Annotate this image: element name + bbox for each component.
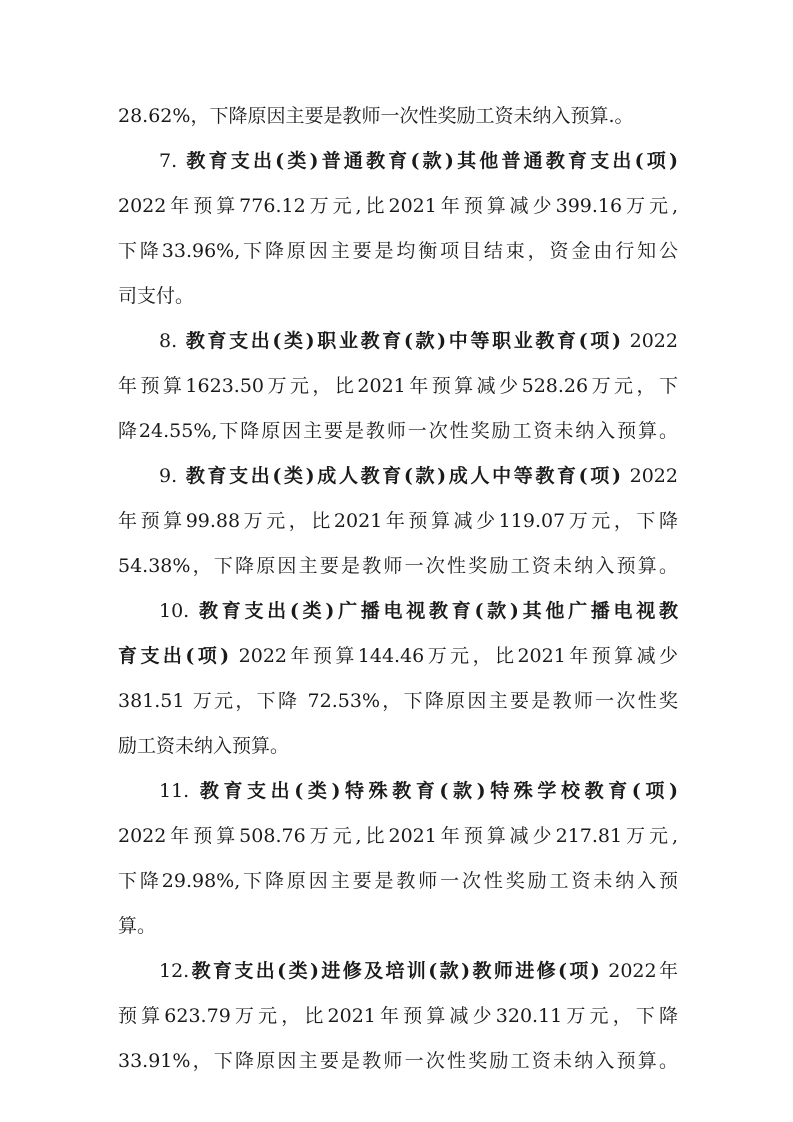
paragraph-line: 28.62%，下降原因主要是教师一次性奖励工资未纳入预算.。 (118, 101, 678, 131)
item-title-text: 教育支出(类)普通教育(款)其他普通教育支出(项) (186, 150, 678, 172)
body-text: 励工资未纳入预算。 (118, 735, 289, 757)
paragraph-line: 预算623.79万元，比2021年预算减少320.11万元，下降 (118, 1001, 678, 1031)
body-text: 54.38%，下降原因主要是教师一次性奖励工资未纳入预算。 (118, 555, 678, 577)
paragraph-line: 33.91%，下降原因主要是教师一次性奖励工资未纳入预算。 (118, 1046, 678, 1076)
item-heading-line: 10. 教育支出(类)广播电视教育(款)其他广播电视教 (159, 596, 678, 626)
body-text: 算。 (118, 915, 156, 937)
paragraph-line: 降24.55%,下降原因主要是教师一次性奖励工资未纳入预算。 (118, 416, 678, 446)
paragraph-line: 励工资未纳入预算。 (118, 731, 678, 761)
body-text: 10. (159, 600, 199, 622)
body-text: 12. (159, 960, 189, 982)
item-title-text: 教育支出(类)进修及培训(款)教师进修(项) (189, 960, 600, 982)
item-heading-line: 8. 教育支出(类)职业教育(款)中等职业教育(项) 2022 (159, 326, 678, 356)
paragraph-line: 381.51 万元，下降 72.53%，下降原因主要是教师一次性奖 (118, 686, 678, 716)
body-text: 2022 (621, 330, 678, 352)
paragraph-line: 2022年预算776.12万元,比2021年预算减少399.16万元, (118, 191, 678, 221)
item-heading-line: 12.教育支出(类)进修及培训(款)教师进修(项) 2022年 (159, 956, 678, 986)
item-heading-line: 7. 教育支出(类)普通教育(款)其他普通教育支出(项) (159, 146, 678, 176)
body-text: 年预算99.88万元，比2021年预算减少119.07万元，下降 (118, 510, 678, 532)
item-title-text: 教育支出(类)成人教育(款)成人中等教育(项) (186, 465, 621, 487)
body-text: 33.91%，下降原因主要是教师一次性奖励工资未纳入预算。 (118, 1050, 678, 1072)
body-text: 预算623.79万元，比2021年预算减少320.11万元，下降 (118, 1005, 678, 1027)
body-text: 7. (159, 150, 186, 172)
paragraph-line: 司支付。 (118, 281, 678, 311)
body-text: 11. (159, 780, 200, 802)
body-text: 司支付。 (118, 285, 194, 307)
paragraph-line: 算。 (118, 911, 678, 941)
paragraph-line: 年预算99.88万元，比2021年预算减少119.07万元，下降 (118, 506, 678, 536)
body-text: 2022年预算144.46万元，比2021年预算减少 (229, 645, 678, 667)
item-title-text: 教育支出(类)广播电视教育(款)其他广播电视教 (199, 600, 678, 622)
body-text: 下降33.96%,下降原因主要是均衡项目结束，资金由行知公 (118, 240, 678, 262)
paragraph-line: 年预算1623.50万元，比2021年预算减少528.26万元，下 (118, 371, 678, 401)
body-text: 9. (159, 465, 186, 487)
document-page: 28.62%，下降原因主要是教师一次性奖励工资未纳入预算.。7. 教育支出(类)… (0, 0, 793, 1122)
body-text: 2022年预算508.76万元,比2021年预算减少217.81万元, (118, 825, 678, 847)
paragraph-line: 下降33.96%,下降原因主要是均衡项目结束，资金由行知公 (118, 236, 678, 266)
body-text: 下降29.98%,下降原因主要是教师一次性奖励工资未纳入预 (118, 870, 678, 892)
paragraph-line: 育支出(项) 2022年预算144.46万元，比2021年预算减少 (118, 641, 678, 671)
body-text: 2022年预算776.12万元,比2021年预算减少399.16万元, (118, 195, 678, 217)
body-text: 2022年 (600, 960, 678, 982)
item-heading-line: 9. 教育支出(类)成人教育(款)成人中等教育(项) 2022 (159, 461, 678, 491)
item-title-text: 育支出(项) (118, 645, 229, 667)
paragraph-line: 54.38%，下降原因主要是教师一次性奖励工资未纳入预算。 (118, 551, 678, 581)
paragraph-line: 2022年预算508.76万元,比2021年预算减少217.81万元, (118, 821, 678, 851)
body-text: 381.51 万元，下降 72.53%，下降原因主要是教师一次性奖 (118, 690, 678, 712)
body-text: 8. (159, 330, 186, 352)
body-text: 2022 (621, 465, 678, 487)
body-text: 年预算1623.50万元，比2021年预算减少528.26万元，下 (118, 375, 678, 397)
body-text: 降24.55%,下降原因主要是教师一次性奖励工资未纳入预算。 (118, 420, 678, 442)
item-title-text: 教育支出(类)特殊教育(款)特殊学校教育(项) (200, 780, 678, 802)
item-title-text: 教育支出(类)职业教育(款)中等职业教育(项) (186, 330, 621, 352)
body-text: 28.62%，下降原因主要是教师一次性奖励工资未纳入预算.。 (118, 105, 634, 127)
item-heading-line: 11. 教育支出(类)特殊教育(款)特殊学校教育(项) (159, 776, 678, 806)
paragraph-line: 下降29.98%,下降原因主要是教师一次性奖励工资未纳入预 (118, 866, 678, 896)
